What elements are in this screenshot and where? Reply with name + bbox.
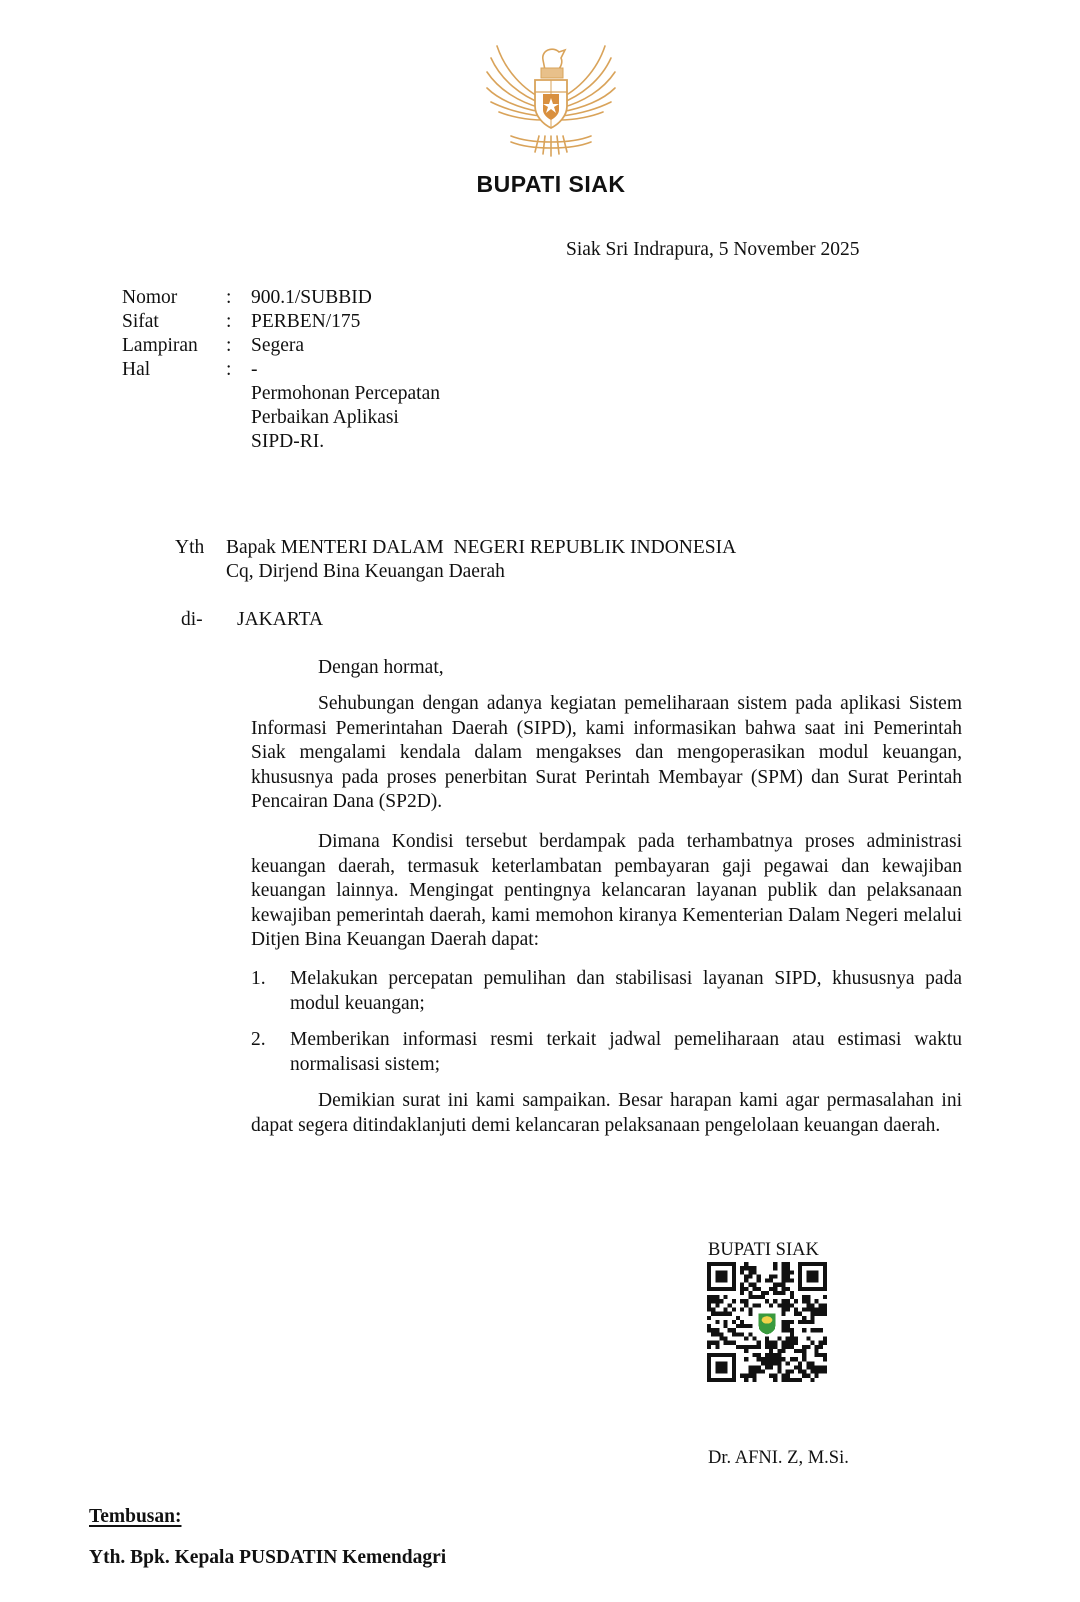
meta-label-hal: Hal — [122, 358, 150, 382]
paragraph-text: Sehubungan dengan adanya kegiatan pemeli… — [251, 693, 962, 812]
qr-code-signature-icon — [707, 1262, 827, 1382]
addressee-yth-label: Yth — [175, 536, 204, 560]
subject-line: Permohonan Percepatan — [251, 382, 440, 406]
tembusan-title: Tembusan: — [89, 1506, 181, 1528]
signatory-title: BUPATI SIAK — [708, 1238, 819, 1262]
meta-label-sifat: Sifat — [122, 310, 159, 334]
garuda-emblem-icon — [483, 40, 619, 162]
body-paragraph-2: Dimana Kondisi tersebut berdampak pada t… — [251, 830, 962, 953]
letter-date: Siak Sri Indrapura, 5 November 2025 — [566, 238, 860, 262]
list-number: 1. — [251, 967, 266, 991]
meta-value-sifat: PERBEN/175 — [251, 310, 360, 334]
addressee-line-2: Cq, Dirjend Bina Keuangan Daerah — [226, 560, 505, 584]
letterhead-title: BUPATI SIAK — [440, 171, 662, 198]
meta-value-hal: - — [251, 358, 258, 382]
list-text: Memberikan informasi resmi terkait jadwa… — [290, 1028, 962, 1077]
paragraph-text: Demikian surat ini kami sampaikan. Besar… — [251, 1090, 962, 1136]
body-paragraph-1: Sehubungan dengan adanya kegiatan pemeli… — [251, 692, 962, 815]
addressee-city: JAKARTA — [237, 608, 323, 632]
addressee-di-label: di- — [181, 608, 203, 632]
salutation: Dengan hormat, — [318, 656, 444, 680]
subject-line: SIPD-RI. — [251, 430, 324, 454]
tembusan-item: Yth. Bpk. Kepala PUSDATIN Kemendagri — [89, 1547, 446, 1569]
meta-colon: : — [226, 310, 231, 334]
meta-colon: : — [226, 286, 231, 310]
list-number: 2. — [251, 1028, 266, 1052]
closing-paragraph: Demikian surat ini kami sampaikan. Besar… — [251, 1089, 962, 1138]
subject-line: Perbaikan Aplikasi — [251, 406, 399, 430]
signatory-name: Dr. AFNI. Z, M.Si. — [708, 1446, 849, 1470]
meta-colon: : — [226, 334, 231, 358]
meta-label-lampiran: Lampiran — [122, 334, 198, 358]
meta-value-nomor: 900.1/SUBBID — [251, 286, 372, 310]
addressee-line-1: Bapak MENTERI DALAM NEGERI REPUBLIK INDO… — [226, 536, 736, 560]
meta-colon: : — [226, 358, 231, 382]
list-text: Melakukan percepatan pemulihan dan stabi… — [290, 967, 962, 1016]
paragraph-text: Dimana Kondisi tersebut berdampak pada t… — [251, 831, 962, 950]
meta-label-nomor: Nomor — [122, 286, 177, 310]
meta-value-lampiran: Segera — [251, 334, 304, 358]
